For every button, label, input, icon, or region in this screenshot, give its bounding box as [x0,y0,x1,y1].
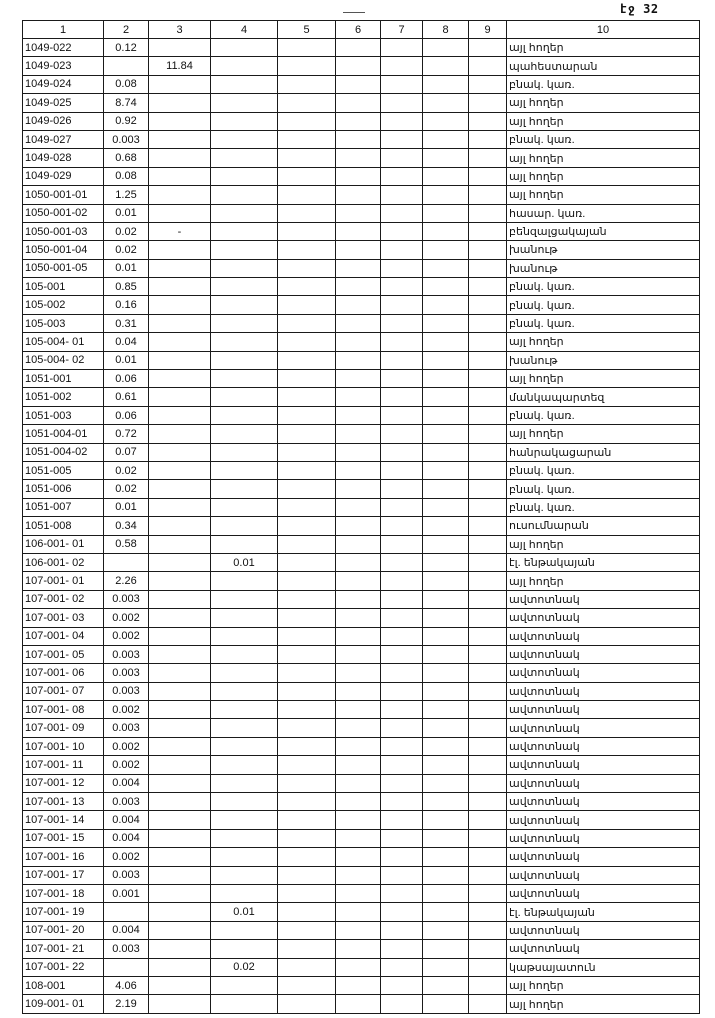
table-row: 1049-02311.84պահեստարան [23,57,700,75]
parcel-code-cell: 1051-004-02 [23,443,104,461]
col6-cell [336,572,381,590]
col9-cell [469,848,507,866]
col8-cell [423,682,469,700]
col6-cell [336,645,381,663]
col8-cell [423,517,469,535]
area-col2-cell: 0.002 [104,737,149,755]
land-use-cell: հասար. կառ. [507,204,700,222]
area-col3-cell [149,848,211,866]
col9-cell [469,75,507,93]
column-header-6: 6 [336,21,381,39]
col6-cell [336,498,381,516]
col9-cell [469,976,507,994]
col5-cell [278,958,336,976]
col8-cell [423,406,469,424]
table-row: 107-001- 160.002ավտոտնակ [23,848,700,866]
col7-cell [381,572,423,590]
area-col4-cell: 0.01 [211,903,278,921]
col9-cell [469,921,507,939]
parcel-code-cell: 107-001- 08 [23,701,104,719]
area-col2-cell: 0.06 [104,406,149,424]
land-use-cell: ավտոտնակ [507,719,700,737]
col6-cell [336,793,381,811]
area-col2-cell: 8.74 [104,94,149,112]
area-col4-cell [211,204,278,222]
area-col3-cell [149,627,211,645]
col7-cell [381,627,423,645]
col8-cell [423,884,469,902]
area-col4-cell [211,406,278,424]
area-col2-cell: 0.003 [104,866,149,884]
col8-cell [423,590,469,608]
col9-cell [469,884,507,902]
parcel-code-cell: 107-001- 06 [23,664,104,682]
col9-cell [469,130,507,148]
parcel-code-cell: 1049-028 [23,149,104,167]
table-row: 107-001- 060.003ավտոտնակ [23,664,700,682]
col9-cell [469,39,507,57]
col9-cell [469,149,507,167]
table-row: 107-001- 090.003ավտոտնակ [23,719,700,737]
col5-cell [278,222,336,240]
col9-cell [469,480,507,498]
col7-cell [381,958,423,976]
area-col4-cell [211,627,278,645]
col9-cell [469,719,507,737]
area-col3-cell [149,664,211,682]
table-row: 107-001- 180.001ավտոտնակ [23,884,700,902]
col6-cell [336,388,381,406]
col9-cell [469,737,507,755]
area-col2-cell: 0.02 [104,480,149,498]
col5-cell [278,793,336,811]
area-col4-cell [211,921,278,939]
col9-cell [469,278,507,296]
col6-cell [336,940,381,958]
area-col4-cell [211,682,278,700]
col5-cell [278,719,336,737]
col7-cell [381,884,423,902]
land-use-cell: ավտոտնակ [507,940,700,958]
area-col4-cell [211,57,278,75]
area-col2-cell: 0.003 [104,793,149,811]
col8-cell [423,130,469,148]
col7-cell [381,259,423,277]
parcel-code-cell: 107-001- 03 [23,609,104,627]
area-col3-cell [149,314,211,332]
col7-cell [381,719,423,737]
col7-cell [381,186,423,204]
col6-cell [336,222,381,240]
col6-cell [336,241,381,259]
area-col3-cell [149,259,211,277]
col9-cell [469,903,507,921]
area-col4-cell [211,278,278,296]
parcel-code-cell: 107-001- 04 [23,627,104,645]
parcel-code-cell: 106-001- 02 [23,553,104,571]
col9-cell [469,222,507,240]
col9-cell [469,829,507,847]
land-use-cell: այլ հողեր [507,186,700,204]
col7-cell [381,130,423,148]
area-col2-cell: 0.01 [104,259,149,277]
col8-cell [423,737,469,755]
area-col4-cell [211,222,278,240]
area-col3-cell [149,682,211,700]
area-col3-cell [149,903,211,921]
area-col3-cell [149,921,211,939]
col6-cell [336,535,381,553]
col7-cell [381,461,423,479]
land-use-cell: բնակ. կառ. [507,296,700,314]
land-use-cell: այլ հողեր [507,333,700,351]
area-col3-cell [149,406,211,424]
area-col3-cell [149,517,211,535]
area-col2-cell: 0.07 [104,443,149,461]
area-col3-cell [149,204,211,222]
col7-cell [381,609,423,627]
table-row: 105-0010.85բնակ. կառ. [23,278,700,296]
area-col2-cell: 0.31 [104,314,149,332]
table-row: 107-001- 220.02կաթսայատուն [23,958,700,976]
area-col3-cell [149,425,211,443]
area-col3-cell [149,590,211,608]
col7-cell [381,498,423,516]
area-col3-cell [149,94,211,112]
table-row: 1049-0220.12այլ հողեր [23,39,700,57]
col8-cell [423,425,469,443]
area-col4-cell [211,737,278,755]
parcel-code-cell: 107-001- 19 [23,903,104,921]
table-row: 105-004- 010.04այլ հողեր [23,333,700,351]
col9-cell [469,186,507,204]
parcel-code-cell: 105-004- 02 [23,351,104,369]
col8-cell [423,149,469,167]
col9-cell [469,333,507,351]
land-use-cell: այլ հողեր [507,94,700,112]
parcel-code-cell: 1049-022 [23,39,104,57]
land-use-cell: ավտոտնակ [507,774,700,792]
land-use-cell: ավտոտնակ [507,682,700,700]
table-row: 107-001- 020.003ավտոտնակ [23,590,700,608]
col9-cell [469,553,507,571]
land-use-cell: այլ հողեր [507,149,700,167]
table-row: 107-001- 130.003ավտոտնակ [23,793,700,811]
column-header-2: 2 [104,21,149,39]
col6-cell [336,811,381,829]
land-use-cell: ավտոտնակ [507,884,700,902]
col9-cell [469,351,507,369]
parcel-code-cell: 107-001- 11 [23,756,104,774]
area-col4-cell [211,940,278,958]
col5-cell [278,57,336,75]
col7-cell [381,443,423,461]
area-col3-cell [149,737,211,755]
col6-cell [336,553,381,571]
col8-cell [423,664,469,682]
area-col4-cell [211,130,278,148]
col8-cell [423,204,469,222]
area-col4-cell [211,645,278,663]
col6-cell [336,590,381,608]
col6-cell [336,829,381,847]
land-use-cell: ավտոտնակ [507,829,700,847]
area-col4-cell [211,884,278,902]
col8-cell [423,480,469,498]
col5-cell [278,296,336,314]
col7-cell [381,645,423,663]
area-col2-cell: 0.003 [104,682,149,700]
area-col4-cell [211,774,278,792]
area-col4-cell [211,793,278,811]
col7-cell [381,737,423,755]
col8-cell [423,903,469,921]
area-col3-cell [149,958,211,976]
column-header-10: 10 [507,21,700,39]
table-row: 107-001- 110.002ավտոտնակ [23,756,700,774]
col5-cell [278,866,336,884]
col8-cell [423,461,469,479]
area-col2-cell: 0.003 [104,130,149,148]
area-col2-cell: 0.002 [104,701,149,719]
col7-cell [381,278,423,296]
col6-cell [336,848,381,866]
col6-cell [336,278,381,296]
col5-cell [278,737,336,755]
col7-cell [381,94,423,112]
parcel-code-cell: 107-001- 10 [23,737,104,755]
table-row: 105-0030.31բնակ. կառ. [23,314,700,332]
area-col3-cell [149,461,211,479]
col9-cell [469,461,507,479]
col7-cell [381,829,423,847]
land-use-cell: բնակ. կառ. [507,461,700,479]
col9-cell [469,572,507,590]
table-row: 107-001- 080.002ավտոտնակ [23,701,700,719]
col7-cell [381,811,423,829]
parcel-code-cell: 1051-007 [23,498,104,516]
area-col3-cell [149,39,211,57]
table-row: 1051-0030.06բնակ. կառ. [23,406,700,424]
area-col3-cell [149,774,211,792]
table-row: 1051-0070.01բնակ. կառ. [23,498,700,516]
col5-cell [278,701,336,719]
table-row: 1051-004-020.07հանրակացարան [23,443,700,461]
col7-cell [381,682,423,700]
area-col2-cell: 0.02 [104,222,149,240]
col8-cell [423,39,469,57]
land-use-cell: մանկապարտեզ [507,388,700,406]
col6-cell [336,976,381,994]
col8-cell [423,940,469,958]
table-row: 107-001- 100.002ավտոտնակ [23,737,700,755]
parcel-code-cell: 1050-001-04 [23,241,104,259]
col7-cell [381,149,423,167]
col9-cell [469,811,507,829]
col8-cell [423,57,469,75]
col7-cell [381,793,423,811]
area-col2-cell: 1.25 [104,186,149,204]
parcel-code-cell: 107-001- 21 [23,940,104,958]
col9-cell [469,241,507,259]
area-col2-cell: 0.02 [104,241,149,259]
parcel-code-cell: 1051-003 [23,406,104,424]
table-row: 107-001- 120.004ավտոտնակ [23,774,700,792]
col7-cell [381,314,423,332]
area-col2-cell: 0.34 [104,517,149,535]
col9-cell [469,590,507,608]
table-row: 106-001- 010.58այլ հողեր [23,535,700,553]
col6-cell [336,756,381,774]
table-row: 1051-004-010.72այլ հողեր [23,425,700,443]
table-row: 109-001- 012.19այլ հողեր [23,995,700,1013]
col5-cell [278,39,336,57]
parcel-code-cell: 1050-001-05 [23,259,104,277]
col8-cell [423,811,469,829]
col7-cell [381,222,423,240]
col8-cell [423,774,469,792]
column-header-3: 3 [149,21,211,39]
column-header-8: 8 [423,21,469,39]
column-header-7: 7 [381,21,423,39]
col8-cell [423,278,469,296]
area-col2-cell: 0.68 [104,149,149,167]
col6-cell [336,701,381,719]
col7-cell [381,406,423,424]
area-col2-cell: 0.12 [104,39,149,57]
col7-cell [381,590,423,608]
col7-cell [381,112,423,130]
col7-cell [381,995,423,1013]
col5-cell [278,627,336,645]
col8-cell [423,829,469,847]
area-col4-cell [211,609,278,627]
land-use-cell: այլ հողեր [507,112,700,130]
col5-cell [278,130,336,148]
area-col4-cell [211,94,278,112]
area-col2-cell: 0.002 [104,756,149,774]
col8-cell [423,241,469,259]
col7-cell [381,976,423,994]
col7-cell [381,388,423,406]
col9-cell [469,995,507,1013]
col6-cell [336,57,381,75]
area-col3-cell [149,351,211,369]
land-use-cell: բնակ. կառ. [507,278,700,296]
col5-cell [278,370,336,388]
land-use-cell: ավտոտնակ [507,627,700,645]
col6-cell [336,75,381,93]
col7-cell [381,425,423,443]
table-row: 107-001- 200.004ավտոտնակ [23,921,700,939]
parcel-code-cell: 1049-024 [23,75,104,93]
area-col2-cell: 0.01 [104,351,149,369]
area-col4-cell [211,425,278,443]
area-col3-cell [149,112,211,130]
area-col3-cell [149,829,211,847]
table-row: 1050-001-040.02խանութ [23,241,700,259]
col5-cell [278,186,336,204]
col9-cell [469,425,507,443]
col8-cell [423,296,469,314]
col8-cell [423,94,469,112]
col5-cell [278,204,336,222]
area-col3-cell [149,167,211,185]
area-col4-cell [211,186,278,204]
column-header-4: 4 [211,21,278,39]
col5-cell [278,333,336,351]
land-use-cell: ավտոտնակ [507,866,700,884]
area-col4-cell [211,848,278,866]
land-use-cell: բնակ. կառ. [507,75,700,93]
col5-cell [278,535,336,553]
land-use-cell: բենզալցակայան [507,222,700,240]
area-col2-cell: 0.16 [104,296,149,314]
area-col3-cell [149,940,211,958]
col5-cell [278,149,336,167]
parcel-code-cell: 107-001- 09 [23,719,104,737]
parcel-code-cell: 105-002 [23,296,104,314]
col8-cell [423,719,469,737]
area-col2-cell: 0.003 [104,719,149,737]
parcel-code-cell: 1049-025 [23,94,104,112]
col6-cell [336,682,381,700]
area-col4-cell [211,866,278,884]
area-col2-cell: 0.92 [104,112,149,130]
area-col3-cell [149,333,211,351]
area-col2-cell: 4.06 [104,976,149,994]
col7-cell [381,480,423,498]
land-use-cell: այլ հողեր [507,39,700,57]
area-col2-cell: 0.002 [104,609,149,627]
col7-cell [381,774,423,792]
area-col4-cell [211,443,278,461]
parcel-code-cell: 107-001- 13 [23,793,104,811]
area-col4-cell [211,333,278,351]
col8-cell [423,314,469,332]
parcel-code-cell: 107-001- 07 [23,682,104,700]
col8-cell [423,222,469,240]
area-col3-cell [149,976,211,994]
col6-cell [336,333,381,351]
col9-cell [469,958,507,976]
col9-cell [469,701,507,719]
area-col3-cell: 11.84 [149,57,211,75]
table-row: 107-001- 040.002ավտոտնակ [23,627,700,645]
area-col3-cell [149,443,211,461]
col5-cell [278,590,336,608]
area-col3-cell [149,149,211,167]
land-use-cell: ավտոտնակ [507,811,700,829]
area-col4-cell [211,664,278,682]
col7-cell [381,57,423,75]
col5-cell [278,167,336,185]
area-col2-cell [104,57,149,75]
parcel-code-cell: 107-001- 12 [23,774,104,792]
parcel-code-cell: 107-001- 22 [23,958,104,976]
area-col2-cell [104,553,149,571]
col6-cell [336,627,381,645]
table-row: 1051-0080.34ուսումնարան [23,517,700,535]
area-col4-cell [211,112,278,130]
col9-cell [469,774,507,792]
col6-cell [336,480,381,498]
area-col2-cell: 0.003 [104,940,149,958]
area-col2-cell: 0.61 [104,388,149,406]
area-col3-cell [149,811,211,829]
col8-cell [423,535,469,553]
col5-cell [278,829,336,847]
